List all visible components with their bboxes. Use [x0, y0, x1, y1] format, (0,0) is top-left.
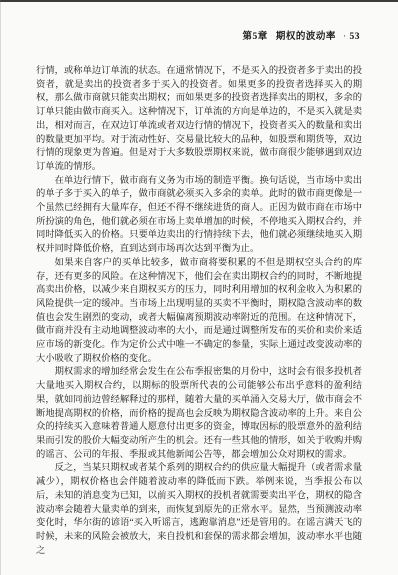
header-separator: · — [343, 32, 347, 42]
paragraph: 如果来自客户的买单比较多，做市商将要积累的不但是期权空头合约的库存，还有更多的风… — [36, 257, 362, 367]
chapter-label: 第5章 — [243, 32, 268, 42]
paragraph: 行情，或称单边订单流的状态。在通常情况下，不是买入的投资者多于卖出的投资者，就是… — [36, 65, 362, 175]
paragraph: 期权需求的增加经常会发生在公布季报密集的月份中，这时会有很多投机者大量地买入期权… — [36, 366, 362, 462]
page-body: 行情，或称单边订单流的状态。在通常情况下，不是买入的投资者多于卖出的投资者，就是… — [36, 65, 362, 558]
chapter-title: 期权的波动率 — [276, 32, 336, 42]
scan-edge-left-artifact — [0, 0, 1, 575]
running-header: 第5章期权的波动率·53 — [0, 28, 398, 42]
page-number: 53 — [350, 32, 361, 42]
scanned-book-page: { "colors": { "paper": "#fafaf8", "ink":… — [0, 0, 398, 575]
scan-edge-artifact — [0, 0, 398, 2]
paragraph: 在单边行情下，做市商有义务为市场的制造平衡。换句话说，当市场中卖出的单子多于买入… — [36, 175, 362, 257]
paragraph: 反之，当某只期权或者某个系列的期权合约的供应量大幅提升（或者需求量减少），期权价… — [36, 462, 362, 558]
